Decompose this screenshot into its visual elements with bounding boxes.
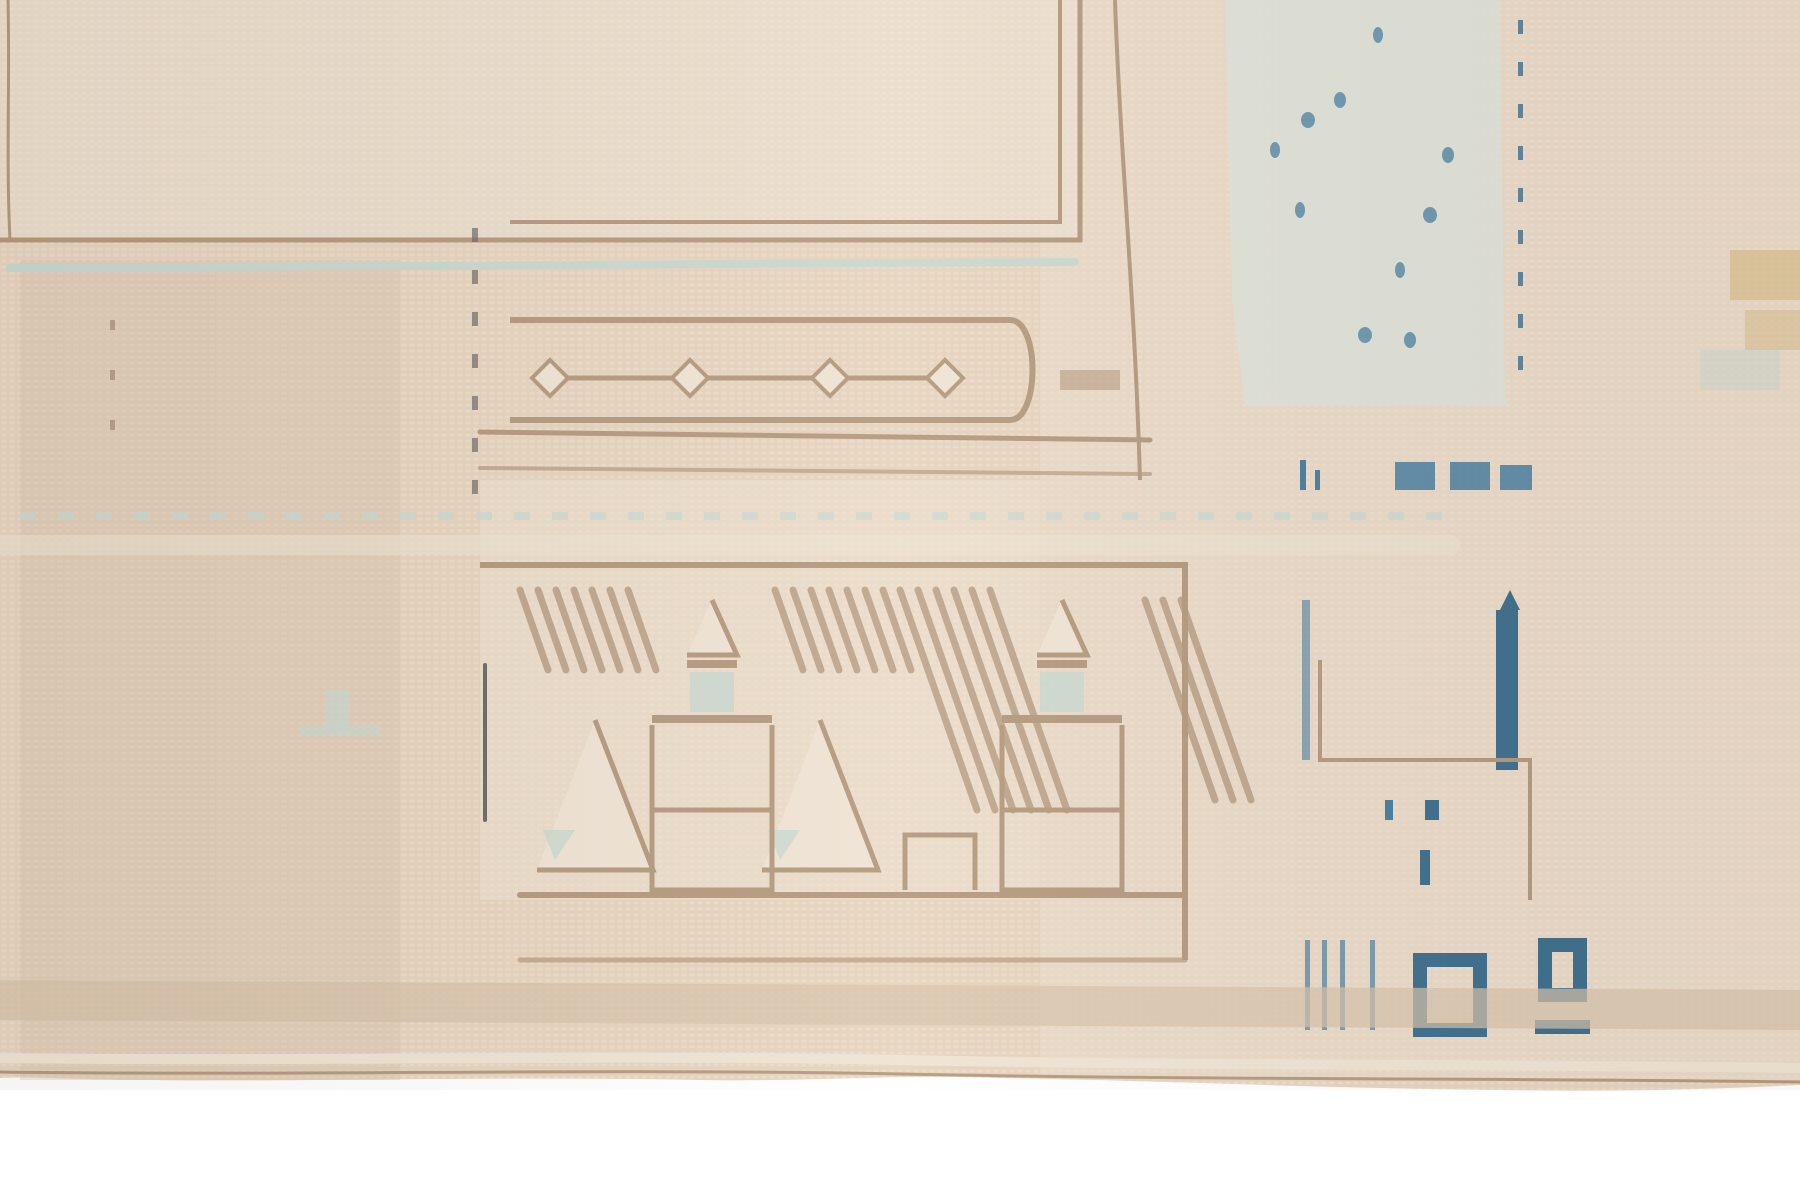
rug-illustration bbox=[0, 0, 1800, 1200]
rug-photo: Close-up of the lower-left corner of a s… bbox=[0, 0, 1800, 1200]
light-fade bbox=[0, 0, 1800, 1090]
